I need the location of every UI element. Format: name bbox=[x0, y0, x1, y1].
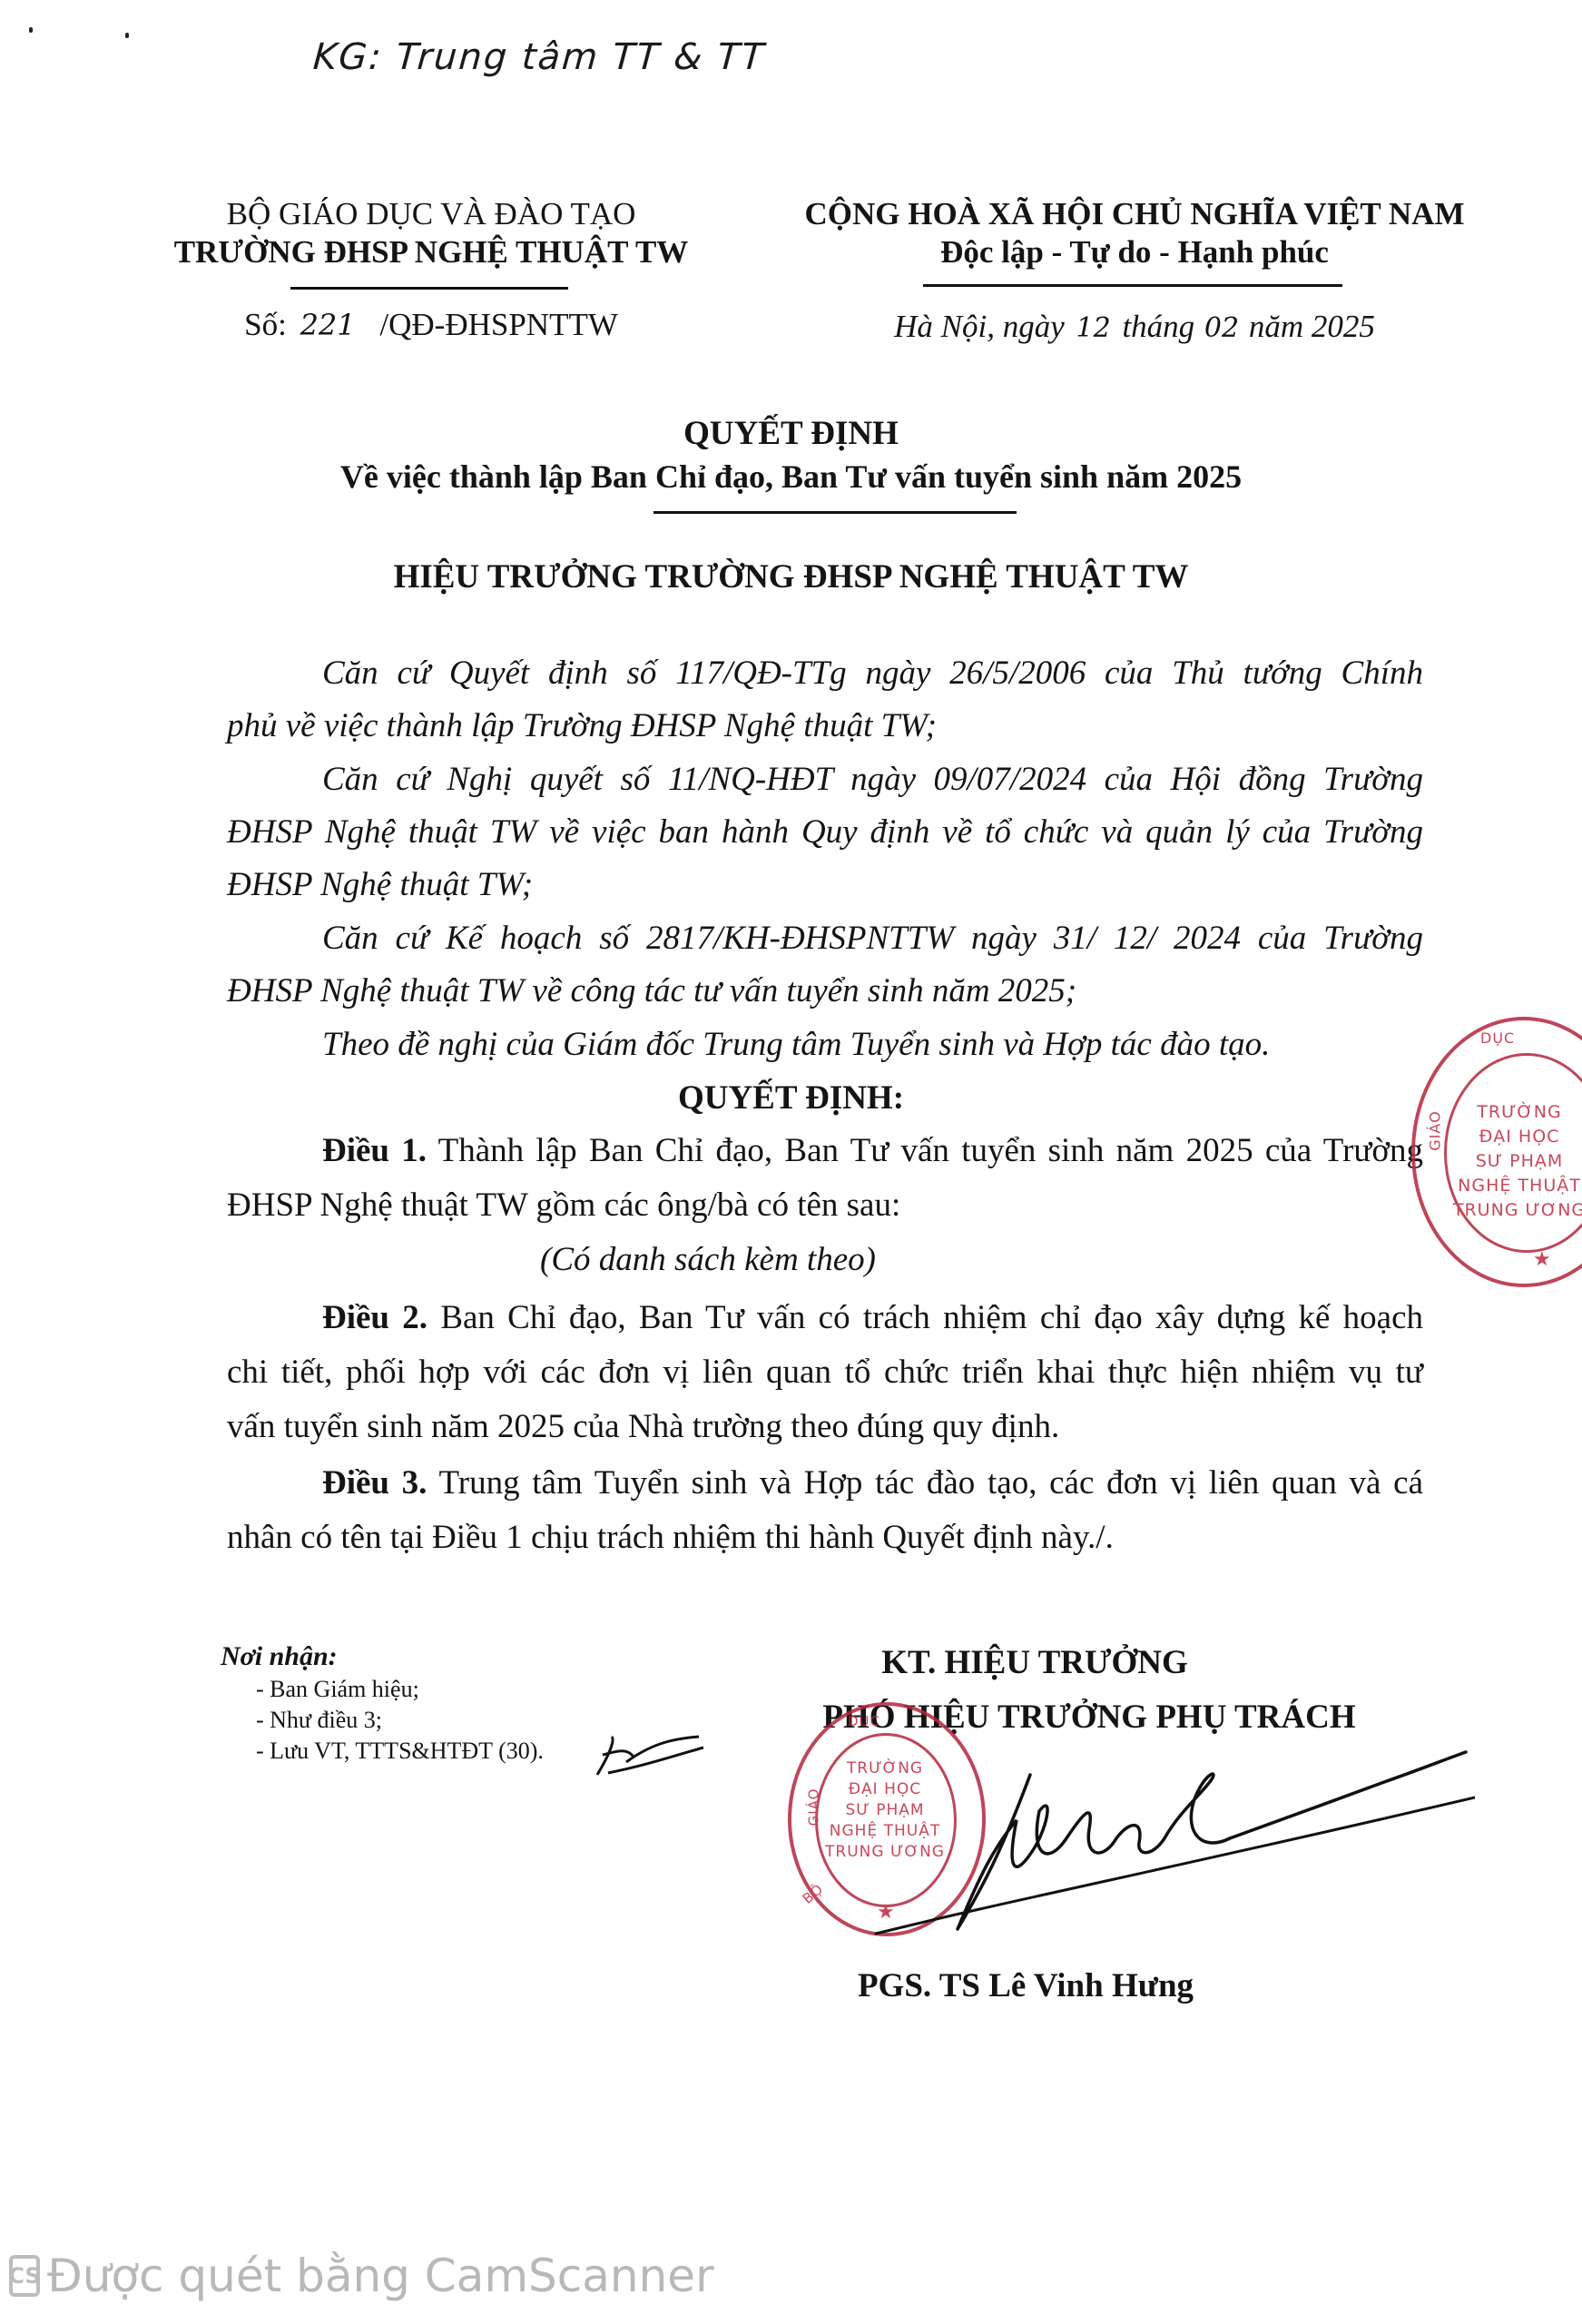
basis-1-line-2: phủ về việc thành lập Trường ĐHSP Nghệ t… bbox=[227, 706, 1423, 745]
header-right-underline bbox=[923, 284, 1342, 287]
article-3-line-2: nhân có tên tại Điều 1 chịu trách nhiệm … bbox=[227, 1518, 1423, 1557]
number-value-handwritten: 221 bbox=[295, 308, 372, 342]
article-1-line-2: ĐHSP Nghệ thuật TW gồm các ông/bà có tên… bbox=[227, 1186, 1423, 1225]
basis-2-line-3: ĐHSP Nghệ thuật TW; bbox=[227, 865, 1423, 904]
document-subtitle: Về việc thành lập Ban Chỉ đạo, Ban Tư vấ… bbox=[0, 458, 1582, 496]
article-3-text: Trung tâm Tuyển sinh và Hợp tác đào tạo,… bbox=[438, 1464, 1423, 1502]
article-3-label: Điều 3. bbox=[322, 1464, 427, 1502]
official-seal-margin: TRƯỜNG ĐẠI HỌC SƯ PHẠM NGHỆ THUẬT TRUNG … bbox=[1411, 1017, 1582, 1287]
handwritten-note: KG: Trung tâm TT & TT bbox=[311, 36, 766, 78]
header-left-underline bbox=[290, 287, 568, 290]
article-1-line-1: Điều 1. Thành lập Ban Chỉ đạo, Ban Tư vấ… bbox=[322, 1131, 1423, 1170]
signer-name: PGS. TS Lê Vinh Hưng bbox=[762, 1966, 1289, 2005]
recipient-item: - Ban Giám hiệu; bbox=[256, 1676, 419, 1703]
decision-heading: QUYẾT ĐỊNH: bbox=[0, 1078, 1582, 1118]
document-number: Số: 221 /QĐ-ĐHSPNTTW bbox=[159, 307, 703, 343]
date-year: năm 2025 bbox=[1249, 309, 1375, 344]
national-motto: Độc lập - Tự do - Hạnh phúc bbox=[790, 234, 1479, 271]
date-prefix: Hà Nội, ngày bbox=[894, 309, 1065, 344]
number-prefix: Số: bbox=[244, 307, 287, 342]
recipient-item: - Lưu VT, TTTS&HTĐT (30). bbox=[256, 1738, 544, 1765]
basis-1-line-1: Căn cứ Quyết định số 117/QĐ-TTg ngày 26/… bbox=[322, 654, 1423, 693]
issuing-authority: HIỆU TRƯỞNG TRƯỜNG ĐHSP NGHỆ THUẬT TW bbox=[0, 557, 1582, 596]
article-2-line-3: vấn tuyển sinh năm 2025 của Nhà trường t… bbox=[227, 1407, 1423, 1446]
article-2-line-2: chi tiết, phối hợp với các đơn vị liên q… bbox=[227, 1353, 1423, 1392]
date-day-handwritten: 12 bbox=[1073, 312, 1115, 344]
country-name: CỘNG HOÀ XÃ HỘI CHỦ NGHĨA VIỆT NAM bbox=[790, 196, 1479, 232]
seal-margin-star-icon: ★ bbox=[1533, 1247, 1551, 1271]
signature-title-1: KT. HIỆU TRƯỞNG bbox=[762, 1643, 1307, 1682]
article-2-line-1: Điều 2. Ban Chỉ đạo, Ban Tư vấn có trách… bbox=[322, 1298, 1423, 1337]
initials-scribble-icon bbox=[590, 1729, 708, 1784]
recipients-heading: Nơi nhận: bbox=[221, 1641, 338, 1672]
subtitle-underline bbox=[653, 511, 1017, 514]
document-title: QUYẾT ĐỊNH bbox=[0, 414, 1582, 453]
recipient-item: - Như điều 3; bbox=[256, 1707, 382, 1734]
school-name: TRƯỜNG ĐHSP NGHỆ THUẬT TW bbox=[159, 234, 703, 271]
date-month-handwritten: 02 bbox=[1203, 312, 1241, 344]
basis-2-line-1: Căn cứ Nghị quyết số 11/NQ-HĐT ngày 09/0… bbox=[322, 760, 1423, 799]
number-suffix: /QĐ-ĐHSPNTTW bbox=[379, 307, 617, 342]
article-2-text: Ban Chỉ đạo, Ban Tư vấn có trách nhiệm c… bbox=[440, 1299, 1423, 1336]
basis-4-line-1: Theo đề nghị của Giám đốc Trung tâm Tuyể… bbox=[322, 1025, 1423, 1064]
article-2-label: Điều 2. bbox=[322, 1299, 427, 1336]
ministry-name: BỘ GIÁO DỤC VÀ ĐÀO TẠO bbox=[159, 196, 703, 232]
seal-margin-center-text: TRƯỜNG ĐẠI HỌC SƯ PHẠM NGHỆ THUẬT TRUNG … bbox=[1451, 1100, 1582, 1223]
issue-date: Hà Nội, ngày 12 tháng 02 năm 2025 bbox=[790, 309, 1479, 345]
attached-list-note: (Có danh sách kèm theo) bbox=[0, 1240, 1416, 1279]
date-month-label: tháng bbox=[1122, 309, 1194, 344]
basis-3-line-1: Căn cứ Kế hoạch số 2817/KH-ĐHSPNTTW ngày… bbox=[322, 919, 1423, 958]
article-1-label: Điều 1. bbox=[322, 1132, 427, 1169]
camscanner-logo-icon: CS bbox=[9, 2255, 40, 2297]
article-3-line-1: Điều 3. Trung tâm Tuyển sinh và Hợp tác … bbox=[322, 1463, 1423, 1502]
handwritten-signature-icon bbox=[821, 1738, 1475, 1965]
camscanner-watermark: CS Được quét bằng CamScanner bbox=[9, 2250, 714, 2302]
basis-3-line-2: ĐHSP Nghệ thuật TW về công tác tư vấn tu… bbox=[227, 971, 1423, 1010]
watermark-text: Được quét bằng CamScanner bbox=[47, 2250, 714, 2302]
scan-speck bbox=[29, 27, 33, 33]
article-1-text: Thành lập Ban Chỉ đạo, Ban Tư vấn tuyển … bbox=[438, 1132, 1423, 1169]
basis-2-line-2: ĐHSP Nghệ thuật TW về việc ban hành Quy … bbox=[227, 812, 1423, 852]
scan-speck bbox=[125, 33, 129, 38]
